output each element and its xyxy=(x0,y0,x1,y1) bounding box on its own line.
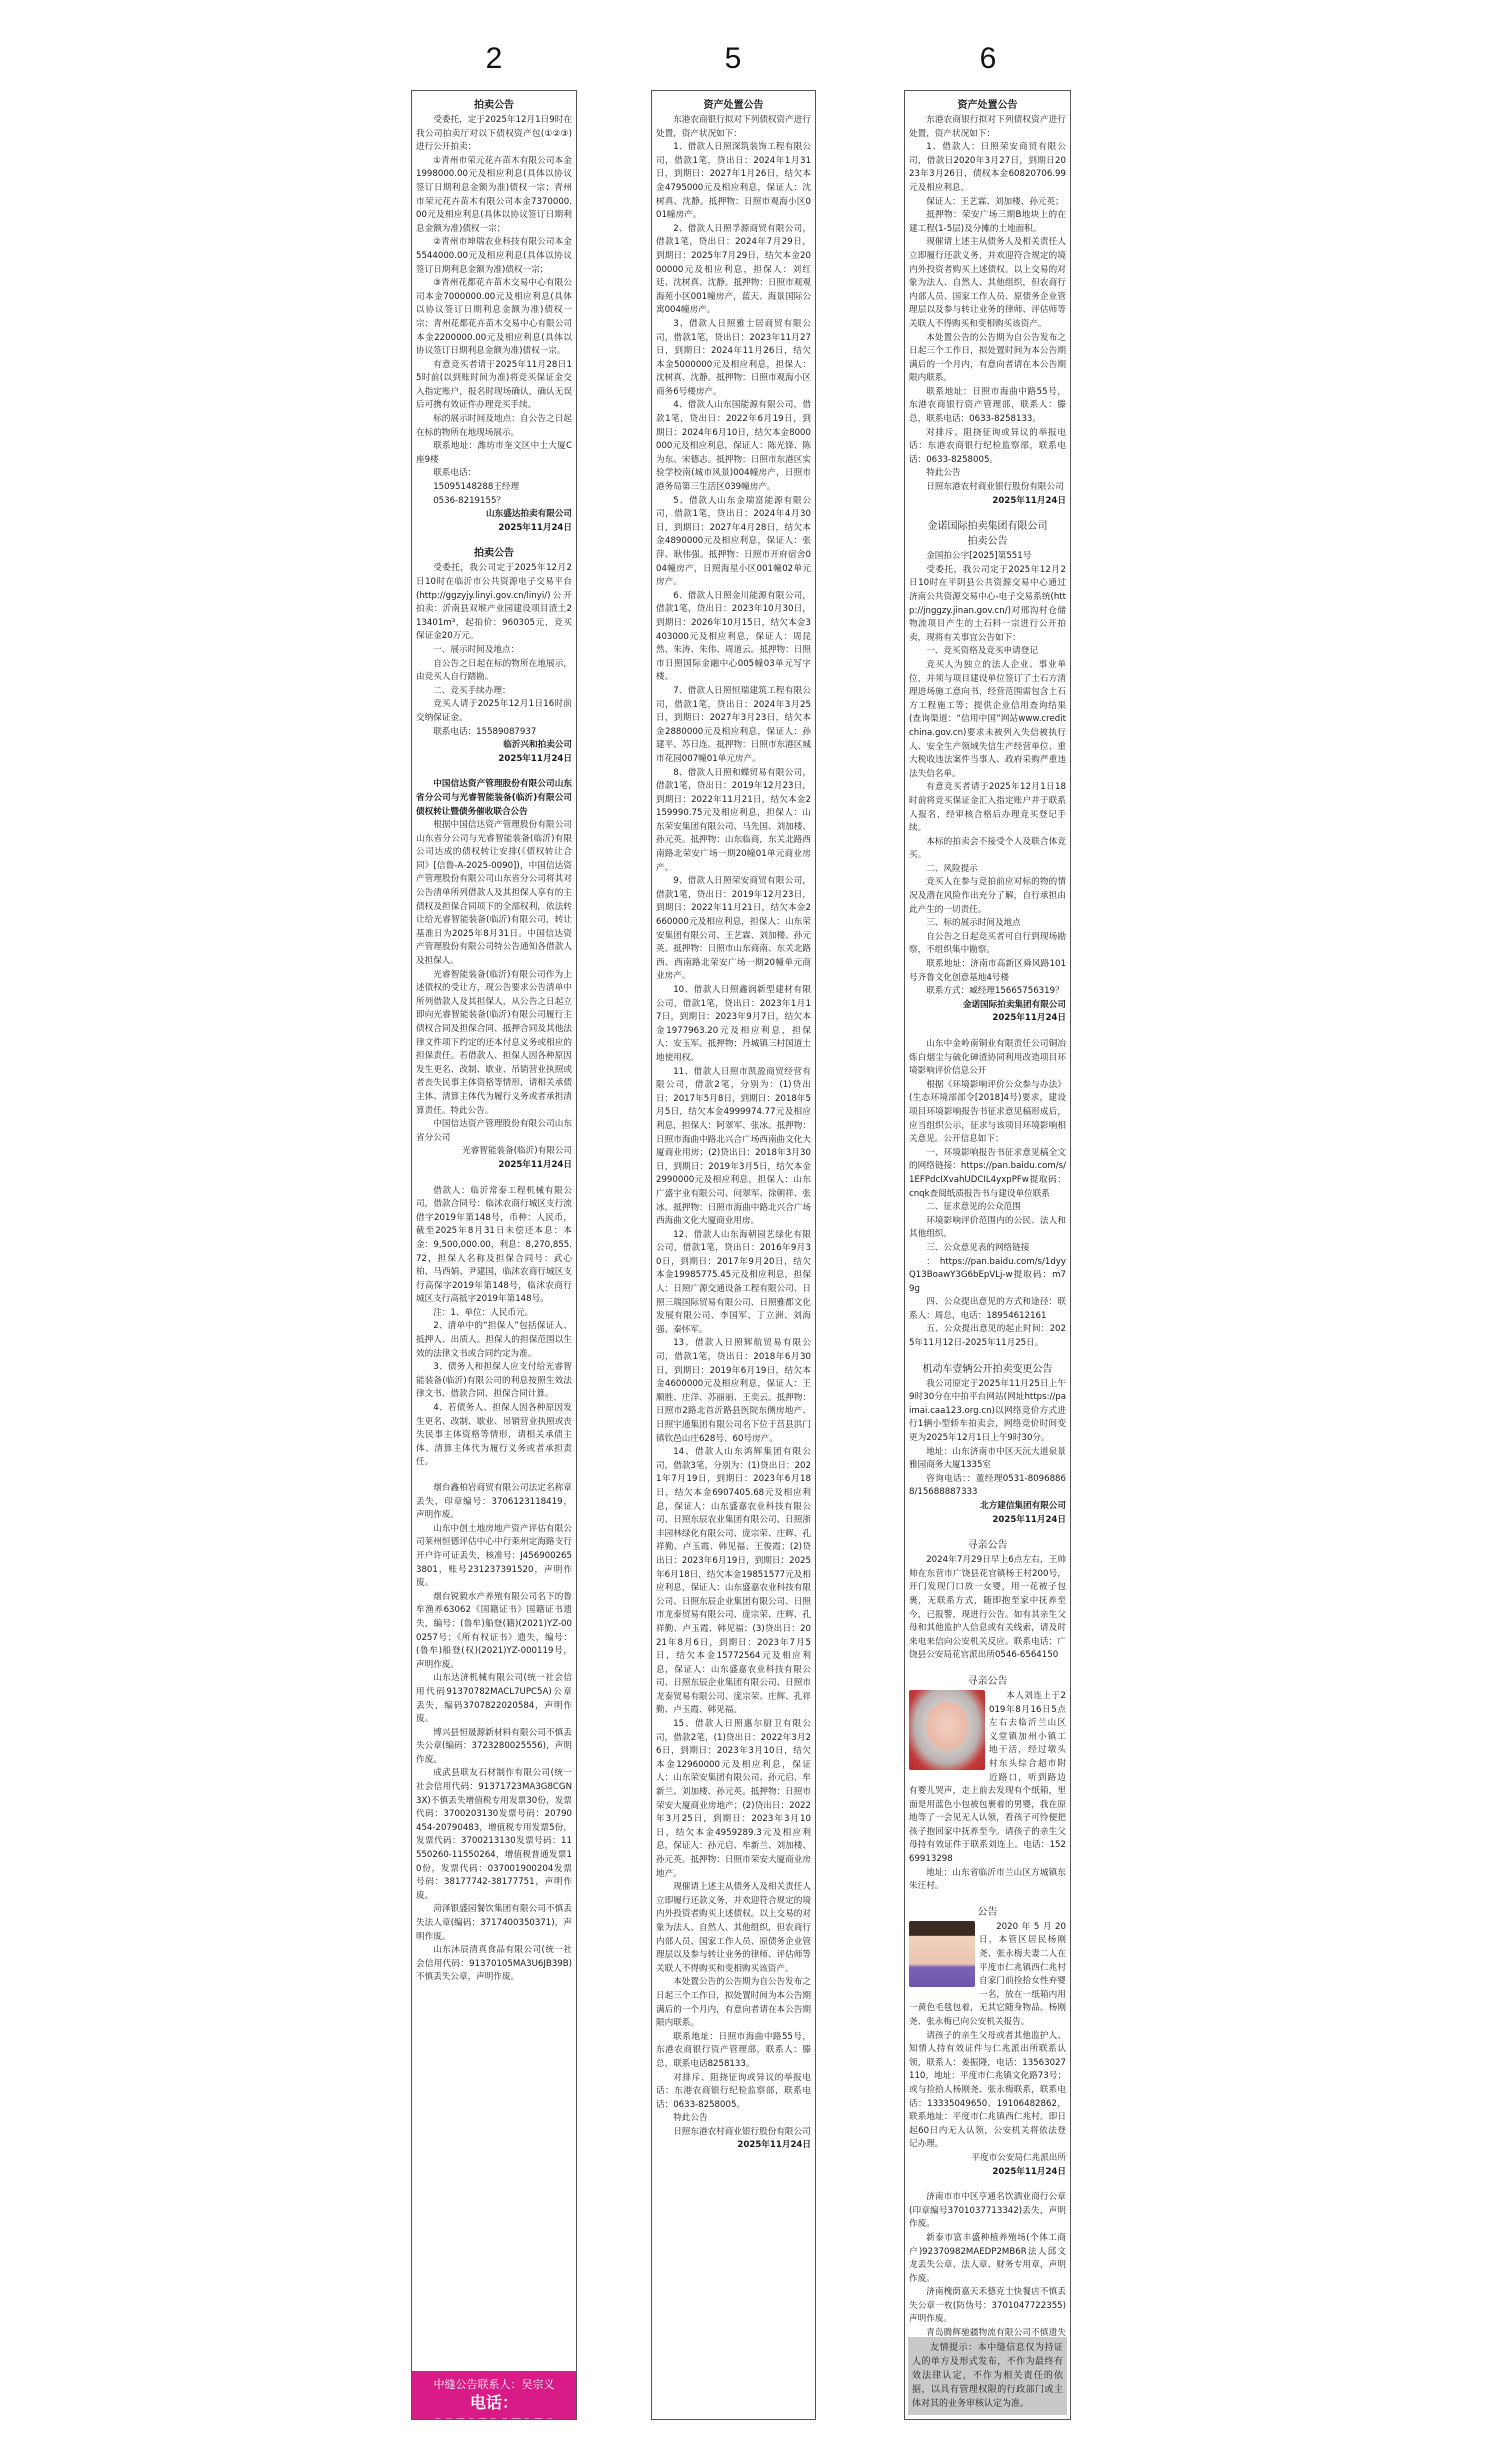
contact-address: 地址：山东济南市中区天沅大道泉景雅园商务大厦1335室 xyxy=(909,1446,1066,1473)
notice-para: 有意竞买者请于2025年12月1日18时前将竞买保证金汇入指定账户并于联系人报名… xyxy=(909,781,1066,835)
notice-para: 四、公众提出意见的方式和途径：联系人：周总，电话：18954612161 xyxy=(909,1296,1066,1323)
notice-para: 3、债务人和担保人应支付给光睿智能装备(临沂)有限公司的利息按照生效法律文书、借… xyxy=(416,1361,572,1402)
notice-para: 二、竞买手续办理： xyxy=(416,685,572,699)
notice-closing: 特此公告 xyxy=(909,467,1066,481)
auction-notice-shengda: 拍卖公告 受委托，定于2025年12月1日9时在我公司拍卖厅对以下债权资产包(①… xyxy=(416,99,572,535)
asset-disposal-notice-rongan: 资产处置公告 东港农商银行拟对下列债权资产进行处置，资产状况如下： 1、借款人：… xyxy=(909,99,1066,508)
notice-reference: 金国拍公字[2025]第551号 xyxy=(909,550,1066,564)
notice-para: 本处置公告的公告期为自公告发布之日起三个工作日，拟处置时间为本公告期满后的一个月… xyxy=(656,1976,811,2030)
notice-para: 2024年7月29日早上6点左右，王帅帅在东营市广饶县花官镇杨王村200号，开门… xyxy=(909,1554,1066,1663)
loan-item: 15、借款人日照惠尔厨卫有限公司，借款2笔，(1)贷出日：2022年3月26日，… xyxy=(656,1718,811,1881)
notice-date: 2025年11月24日 xyxy=(416,1159,572,1173)
notice-closing: 特此公告 xyxy=(656,2112,811,2126)
column-page-5: 资产处置公告 东港农商银行拟对下列债权资产进行处置，资产状况如下： 1、借款人日… xyxy=(651,90,816,2420)
section-heading: 三、标的展示时间及地点 xyxy=(909,917,1066,931)
notice-title: 拍卖公告 xyxy=(909,535,1066,548)
notice-para: 东港农商银行拟对下列债权资产进行处置，资产状况如下： xyxy=(656,114,811,141)
lost-notice: 烟台锐毅水产养殖有限公司名下的鲁牟渔养63062《国籍证书》国籍证书遗失，编号：… xyxy=(416,1591,572,1673)
signature: 金诺国际拍卖集团有限公司 xyxy=(909,999,1066,1013)
contact-address: 联系地址：潍坊市奎文区中土大厦C座9楼 xyxy=(416,440,572,467)
notice-org: 金诺国际拍卖集团有限公司 xyxy=(909,520,1066,533)
notice-para: 2、清单中的“担保人”包括保证人、抵押人、出质人。担保人的担保范围以生效的法律文… xyxy=(416,1320,572,1361)
notice-date: 2025年11月24日 xyxy=(909,1514,1066,1528)
notice-title: 寻亲公告 xyxy=(909,1539,1066,1552)
debt-list-notice: 借款人：临沂常泰工程机械有限公司，借款合同号：临沭农商行城区支行流借字2019年… xyxy=(416,1185,572,1470)
contact-phone: 联系方式：臧经理15665756319？ xyxy=(909,985,1066,999)
notice-title: 公告 xyxy=(909,1906,1066,1919)
loan-item: 10、借款人日照鑫润新型建材有限公司，借款1笔，贷出日：2023年1月17日，到… xyxy=(656,984,811,1066)
loan-item: 3、借款人日照雅士居商贸有限公司，借款1笔，贷出日：2023年11月27日，到期… xyxy=(656,318,811,400)
notice-para: 根据中国信达资产管理股份有限公司山东省分公司与光睿智能装备(临沂)有限公司达成的… xyxy=(416,819,572,969)
footer-phone: 电话：13515317258 xyxy=(412,2392,576,2420)
signature: 日照东港农村商业银行股份有限公司 xyxy=(909,481,1066,495)
family-search-notice-1: 寻亲公告 2024年7月29日早上6点左右，王帅帅在东营市广饶县花官镇杨王村20… xyxy=(909,1539,1066,1663)
lost-items-notices: 烟台鑫柏岩商贸有限公司法定名称章丢失，印章编号：3706123118419，声明… xyxy=(416,1482,572,1985)
report-link[interactable]: 一、环境影响报告书征求意见稿全文的网络链接：https://pan.baidu.… xyxy=(909,1147,1066,1201)
notice-para: 我公司原定于2025年11月25日上午9时30分在中拍平台网站(网址https:… xyxy=(909,1378,1066,1446)
contact-phone: 0536-8219155？ xyxy=(416,495,572,509)
loan-item: 7、借款人日照恒瑞建筑工程有限公司，借款1笔，贷出日：2024年3月25日，到期… xyxy=(656,685,811,767)
notice-date: 2025年11月24日 xyxy=(416,522,572,536)
asset-disposal-notice-multi: 资产处置公告 东港农商银行拟对下列债权资产进行处置，资产状况如下： 1、借款人日… xyxy=(656,99,811,2153)
loan-item: 14、借款人山东鸿辉集团有限公司，借款3笔，分别为：(1)贷出日：2021年7月… xyxy=(656,1446,811,1718)
column-page-2: 拍卖公告 受委托，定于2025年12月1日9时在我公司拍卖厅对以下债权资产包(①… xyxy=(411,90,577,2420)
loan-item: 2、借款人日照孚源商贸有限公司，借款1笔，贷出日：2024年7月29日，到期日：… xyxy=(656,223,811,318)
notice-para: 保证人：王艺霖、刘加楼、孙元英； xyxy=(909,196,1066,210)
notice-date: 2025年11月24日 xyxy=(416,753,572,767)
notice-para: 注：1、单位：人民币元。 xyxy=(416,1307,572,1321)
notice-para: 受委托，我公司定于2025年12月2日10时在临沂市公共资源电子交易平台(htt… xyxy=(416,562,572,644)
notice-title: 资产处置公告 xyxy=(909,99,1066,112)
notice-para: 抵押物：荣安广场三期B地块上的在建工程(1-5层)及分摊的土地面积。 xyxy=(909,209,1066,236)
lost-notice: 新泰市富丰盛种植养殖场(个体工商户)92370982MAEDP2MB6R法人邱文… xyxy=(909,2232,1066,2286)
report-phone: 对排斥、阻挠征询或异议的举报电话：东港农商银行纪检监察部，联系电话：0633-8… xyxy=(909,427,1066,468)
notice-para: 自公告之日起在标的物所在地展示，由竞买人自行踏勘。 xyxy=(416,658,572,685)
signature: 日照东港农村商业银行股份有限公司 xyxy=(656,2126,811,2140)
loan-item: 6、借款人日照金川能源有限公司，借款1笔，贷出日：2023年10月30日，到期日… xyxy=(656,590,811,685)
family-search-notice-2: 寻亲公告 本人刘连上于2019年8月16日5点左右去临沂兰山区义堂镇加州小镇工地… xyxy=(909,1675,1066,1894)
lost-notice: 山东沐辰清真食品有限公司(统一社会信用代码：91370105MA3U6JB39B… xyxy=(416,1944,572,1985)
signature: 平度市公安局仁兆派出所 xyxy=(909,2152,1066,2166)
notice-para: 请孩子的亲生父母或者其他监护人、知情人持有效证件与仁兆派出所联系认领，联系人：姜… xyxy=(909,2030,1066,2152)
notice-date: 2025年11月24日 xyxy=(909,1012,1066,1026)
page-number-5: 5 xyxy=(703,42,763,76)
notice-date: 2025年11月24日 xyxy=(909,495,1066,509)
notice-title: 寻亲公告 xyxy=(909,1675,1066,1688)
notice-date: 2025年11月24日 xyxy=(909,2166,1066,2180)
lost-notice: 菏泽银盛园餐饮集团有限公司不慎丢失法人章(编码：3717400350371)，声… xyxy=(416,1903,572,1944)
foundling-notice: 公告 2020年5月20日，本管区居民杨刚尧、张永梅夫妻二人在平度市仁兆镇西仁兆… xyxy=(909,1906,1066,2179)
section-heading: 一、竞买资格及竞买申请登记 xyxy=(909,645,1066,659)
notice-title: 机动车壹辆公开拍卖变更公告 xyxy=(909,1363,1066,1376)
contact-phone-label: 联系电话： xyxy=(416,467,572,481)
opinion-form-link[interactable]: ：https://pan.baidu.com/s/1dyyQ13BoawY3G6… xyxy=(909,1256,1066,1297)
notice-para: 1、借款人：日照荣安商贸有限公司，借款日2020年3月27日，到期日2023年3… xyxy=(909,141,1066,195)
lost-notice: 烟台鑫柏岩商贸有限公司法定名称章丢失，印章编号：3706123118419，声明… xyxy=(416,1482,572,1523)
contact-footer-banner: 中缝公告联系人：吴宗义 电话：13515317258 xyxy=(412,2371,576,2419)
notice-para: ③青州花都花卉苗木交易中心有限公司本金7000000.00元及相应利息(具体以协… xyxy=(416,277,572,359)
contact-phone: 联系电话：15589087937 xyxy=(416,726,572,740)
lost-notice: 山东达济机械有限公司(统一社会信用代码91370782MACL7UPC5A)公章… xyxy=(416,1672,572,1726)
contact-phone: 15095148288王经理 xyxy=(416,481,572,495)
debt-transfer-notice: 中国信达资产管理股份有限公司山东省分公司与光睿智能装备(临沂)有限公司债权转让暨… xyxy=(416,778,572,1172)
footer-contact-person: 中缝公告联系人：吴宗义 xyxy=(412,2371,576,2392)
page-number-6: 6 xyxy=(958,42,1018,76)
notice-para: 环境影响评价范围内的公民、法人和其他组织。 xyxy=(909,1215,1066,1242)
loan-item: 12、借款人山东海朝园艺绿化有限公司，借款1笔，贷出日：2016年9月30日，到… xyxy=(656,1229,811,1338)
lost-notice: 济南市市中区亨通名饮酒业商行公章(印章编号3701037713342)丢失，声明… xyxy=(909,2191,1066,2232)
notice-title: 中国信达资产管理股份有限公司山东省分公司与光睿智能装备(临沂)有限公司债权转让暨… xyxy=(416,778,572,819)
lost-notice: 山东中创土地房地产资产评估有限公司莱州恒德评估中心中行莱州定海路支行开户许可证丢… xyxy=(416,1523,572,1591)
notice-para: 标的展示时间及地点：自公告之日起在标的物所在地现场展示。 xyxy=(416,413,572,440)
notice-para: 竞买人在参与竞拍前应对标的物的情况及潜在风险作出充分了解，自行承担由此产生的一切… xyxy=(909,876,1066,917)
contact-address: 地址：山东省临沂市兰山区方城镇东朱汪村。 xyxy=(909,1867,1066,1894)
notice-para: 受委托，我公司定于2025年12月2日10时在平阴县公共资源交易中心通过济南公共… xyxy=(909,564,1066,646)
notice-para: 自公告之日起竞买者可自行到现场勘察，不组织集中勘察。 xyxy=(909,931,1066,958)
notice-para: ①青州市荣元花卉苗木有限公司本金1998000.00元及相应利息(具体以协议签订… xyxy=(416,155,572,237)
auction-notice-linyi: 拍卖公告 受委托，我公司定于2025年12月2日10时在临沂市公共资源电子交易平… xyxy=(416,547,572,766)
loan-item: 4、借款人山东国能源有限公司，借款1笔，贷出日：2022年6月19日，到期日：2… xyxy=(656,399,811,494)
notice-para: 现催请上述主从债务人及相关责任人立即履行还款义务，并欢迎符合规定的境内外投资者购… xyxy=(909,236,1066,331)
loan-item: 5、借款人山东金瑞富能源有限公司，借款1笔，贷出日：2024年4月30日，到期日… xyxy=(656,495,811,590)
lost-notice: 博兴县恒晟源新材料有限公司不慎丢失公章(编码：3723280025556)，声明… xyxy=(416,1727,572,1768)
baby-photo xyxy=(909,1690,985,1770)
notice-para: ②青州市坤瑞农业科技有限公司本金5544000.00元及相应利息(具体以协议签订… xyxy=(416,236,572,277)
section-heading: 二、征求意见的公众范围 xyxy=(909,1201,1066,1215)
disclaimer-tip: 友情提示：本中缝信息仅为持证人的单方及形式发布，不作为最终有效法律认定，不作为相… xyxy=(908,2337,1067,2415)
signature: 临沂兴和拍卖公司 xyxy=(416,739,572,753)
notice-para: 东港农商银行拟对下列债权资产进行处置，资产状况如下： xyxy=(909,114,1066,141)
notice-date: 2025年11月24日 xyxy=(656,2139,811,2153)
signature: 光睿智能装备(临沂)有限公司 xyxy=(416,1145,572,1159)
notice-title: 资产处置公告 xyxy=(656,99,811,112)
page-number-2: 2 xyxy=(464,42,524,76)
notice-para: 有意竞买者请于2025年11月28日15时前(以到账时间为准)将竞买保证金交入指… xyxy=(416,359,572,413)
section-heading: 二、风险提示 xyxy=(909,863,1066,877)
notice-para: 受委托，定于2025年12月1日9时在我公司拍卖厅对以下债权资产包(①②③)进行… xyxy=(416,114,572,155)
notice-title: 拍卖公告 xyxy=(416,547,572,560)
auction-notice-jinnuo: 金诺国际拍卖集团有限公司 拍卖公告 金国拍公字[2025]第551号 受委托，我… xyxy=(909,520,1066,1026)
notice-title: 拍卖公告 xyxy=(416,99,572,112)
notice-para: 竞买人请于2025年12月1日16时前交纳保证金。 xyxy=(416,698,572,725)
loan-item: 13、借款人日照辉航贸易有限公司，借款1笔，贷出日：2018年6月30日，到期日… xyxy=(656,1337,811,1446)
signature: 北方建信集团有限公司 xyxy=(909,1500,1066,1514)
notice-para: 借款人：临沂常泰工程机械有限公司，借款合同号：临沭农商行城区支行流借字2019年… xyxy=(416,1185,572,1307)
loan-item: 9、借款人日照荣安商贸有限公司，借款1笔，贷出日：2019年12月23日，到期日… xyxy=(656,875,811,984)
lost-notice: 济南槐荫嘉天禾德克士快餐店不慎丢失公章一枚(防伪号：3701047722355)… xyxy=(909,2286,1066,2327)
loan-item: 1、借款人日照深筑装饰工程有限公司，借款1笔，贷出日：2024年1月31日，到期… xyxy=(656,141,811,223)
notice-para: 光睿智能装备(临沂)有限公司作为上述债权的受让方，现公告要求公告清单中所列借款人… xyxy=(416,969,572,1119)
notice-title: 山东中金岭南铜业有限责任公司铜冶炼白烟尘与硫化砷渣协同利用改造项目环境影响评价信… xyxy=(909,1038,1066,1079)
contact-address: 联系地址：日照市海曲中路55号，东港农商银行资产管理部，联系人：滕总，联系电话8… xyxy=(656,2031,811,2072)
loan-item: 11、借款人日照市凯盈商贸经营有限公司，借款2笔，分别为：(1)贷出日：2017… xyxy=(656,1066,811,1229)
contact-address: 联系地址：济南市高新区舜风路101号齐鲁文化创意基地4号楼 xyxy=(909,958,1066,985)
contact-phone: 咨询电话：：董经理0531-80968868/15688887333 xyxy=(909,1473,1066,1500)
column-page-6: 资产处置公告 东港农商银行拟对下列债权资产进行处置，资产状况如下： 1、借款人：… xyxy=(904,90,1071,2420)
contact-address: 联系地址：日照市海曲中路55号，东港农商银行资产管理部，联系人：滕总，联系电话：… xyxy=(909,386,1066,427)
signature: 中国信达资产管理股份有限公司山东省分公司 xyxy=(416,1118,572,1145)
report-phone: 对排斥、阻挠征询或异议的举报电话：东港农商银行纪检监察部，联系电话：0633-8… xyxy=(656,2072,811,2113)
notice-para: 4、若债务人、担保人因各种原因发生更名、改制、歇业、吊销营业执照或丧失民事主体资… xyxy=(416,1402,572,1470)
vehicle-auction-change-notice: 机动车壹辆公开拍卖变更公告 我公司原定于2025年11月25日上午9时30分在中… xyxy=(909,1363,1066,1528)
notice-para: 五、公众提出意见的起止时间：2025年11月12日-2025年11月25日。 xyxy=(909,1323,1066,1350)
lost-notice: 成武县联友石材制作有限公司(统一社会信用代码：91371723MA3G8CGN3… xyxy=(416,1767,572,1903)
notice-para: 现催请上述主从债务人及相关责任人立即履行还款义务，并欢迎符合规定的境内外投资者购… xyxy=(656,1881,811,1976)
section-heading: 三、公众意见表的网络链接 xyxy=(909,1242,1066,1256)
loan-item: 8、借款人日照和蝶贸易有限公司，借款1笔，贷出日：2019年12月23日，到期日… xyxy=(656,767,811,876)
girl-photo xyxy=(909,1921,975,1987)
notice-para: 一、展示时间及地点： xyxy=(416,644,572,658)
signature: 山东盛达拍卖有限公司 xyxy=(416,508,572,522)
notice-para: 竞买人为独立的法人企业、事业单位，并须与项目建设单位签订了土石方清理进场施工意向… xyxy=(909,659,1066,781)
notice-para: 本处置公告的公告期为自公告发布之日起三个工作日，拟处置时间为本公告期满后的一个月… xyxy=(909,332,1066,386)
notice-para: 根据《环境影响评价公众参与办法》(生态环境部部令[2018]4号)要求，建设项目… xyxy=(909,1079,1066,1147)
notice-para: 本标的拍卖会不接受个人及联合体竞买。 xyxy=(909,836,1066,863)
environmental-info-notice: 山东中金岭南铜业有限责任公司铜冶炼白烟尘与硫化砷渣协同利用改造项目环境影响评价信… xyxy=(909,1038,1066,1351)
